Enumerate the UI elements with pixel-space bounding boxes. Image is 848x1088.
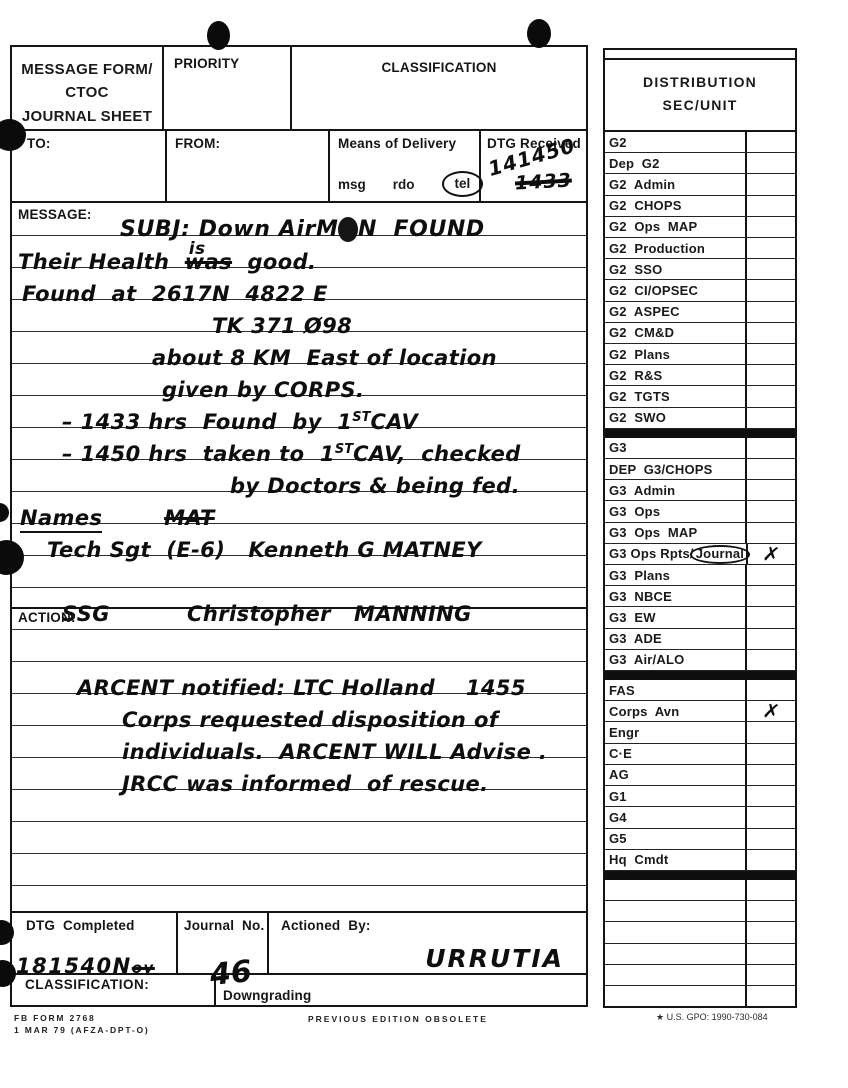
distribution-row: AG: [605, 765, 795, 786]
action-ruled-line: Corps requested disposition of: [12, 694, 586, 726]
distribution-row: G3 Ops Rpts/Journal✗: [605, 544, 795, 565]
distribution-row: [605, 901, 795, 922]
distribution-check-cell: [745, 238, 795, 258]
action-ruled-line: [12, 630, 586, 662]
means-option-tel-circled: tel: [442, 171, 484, 197]
classification-box: CLASSIFICATION: [292, 47, 586, 129]
actioned-by-signature: URRUTIA: [425, 946, 564, 971]
message-ruled-line: Tech Sgt (E-6) Kenneth G MATNEY: [12, 524, 586, 556]
distribution-row-label: G4: [605, 810, 745, 825]
journal-no-label: Journal No.: [184, 918, 264, 933]
distribution-row-label: DEP G3/CHOPS: [605, 462, 745, 477]
distribution-row: G3 EW: [605, 607, 795, 628]
distribution-check-cell: [745, 480, 795, 500]
means-of-delivery-box: Means of Delivery msg rdo tel: [330, 131, 481, 201]
distribution-rows: G2Dep G2G2 AdminG2 CHOPSG2 Ops MAPG2 Pro…: [605, 132, 795, 1006]
distribution-row-label: G2 CHOPS: [605, 198, 745, 213]
action-label-row: ACTION:: [12, 609, 586, 630]
action-ruled-line: [12, 790, 586, 822]
classification-bottom-row: CLASSIFICATION: Downgrading: [12, 975, 586, 1005]
actioned-by-label: Actioned By:: [281, 918, 371, 933]
from-box: FROM:: [167, 131, 330, 201]
distribution-row: G2 CHOPS: [605, 196, 795, 217]
distribution-row-label: G3 Ops: [605, 504, 745, 519]
distribution-row-label: FAS: [605, 683, 745, 698]
distribution-row-label: G2 SWO: [605, 410, 745, 425]
form-number-line1: FB FORM 2768: [14, 1012, 150, 1024]
distribution-divider-bar: [605, 429, 795, 438]
distribution-row: G2 TGTS: [605, 386, 795, 407]
form-number-note: FB FORM 2768 1 MAR 79 (AFZA-DPT-O): [14, 1012, 150, 1037]
distribution-row-label: G2 ASPEC: [605, 304, 745, 319]
distribution-row-label: G3 EW: [605, 610, 745, 625]
action-ruled-line: ARCENT notified: LTC Holland 1455: [12, 662, 586, 694]
distribution-check-cell: [745, 829, 795, 849]
action-ruled-line: JRCC was informed of rescue.: [12, 758, 586, 790]
priority-box: PRIORITY: [164, 47, 292, 129]
distribution-row: G3 Plans: [605, 565, 795, 586]
distribution-row-label: G3 NBCE: [605, 589, 745, 604]
distribution-check-cell: [745, 922, 795, 942]
message-ruled-line: Found at 2617N 4822 E: [12, 268, 586, 300]
distribution-row-label: G2 CM&D: [605, 325, 745, 340]
distribution-check-cell: [745, 438, 795, 458]
journal-no-box: Journal No. 46: [178, 913, 269, 973]
action-ruled-line: [12, 886, 586, 911]
distribution-row: G2 ASPEC: [605, 302, 795, 323]
distribution-row: G2 R&S: [605, 365, 795, 386]
distribution-check-cell: [745, 807, 795, 827]
action-ruled-line: [12, 854, 586, 886]
dtg-completed-handwritten: 181540Nov: [16, 956, 155, 977]
distribution-check-cell: ✗: [746, 544, 795, 564]
distribution-row: G2 Ops MAP: [605, 217, 795, 238]
distribution-row-label: G5: [605, 831, 745, 846]
means-of-delivery-label: Means of Delivery: [338, 136, 456, 151]
form-number-line2: 1 MAR 79 (AFZA-DPT-O): [14, 1024, 150, 1036]
dtg-completed-label: DTG Completed: [26, 918, 135, 933]
action-ruled-line: [12, 822, 586, 854]
distribution-row-label: G2 TGTS: [605, 389, 745, 404]
actioned-by-box: Actioned By: URRUTIA: [269, 913, 586, 973]
action-ruled-line: individuals. ARCENT WILL Advise .: [12, 726, 586, 758]
hole-punch: [207, 21, 230, 50]
distribution-row: [605, 986, 795, 1006]
distribution-check-cell: [745, 365, 795, 385]
distribution-row: G2 Admin: [605, 174, 795, 195]
distribution-row: G1: [605, 786, 795, 807]
action-ruled-lines: ARCENT notified: LTC Holland 1455Corps r…: [12, 630, 586, 911]
distribution-row: [605, 922, 795, 943]
hole-punch: [0, 503, 9, 522]
dtg-completed-box: DTG Completed 181540Nov: [12, 913, 178, 973]
means-option-msg: msg: [338, 177, 366, 192]
message-ruled-line: Names MAT: [12, 492, 586, 524]
to-box: TO:: [12, 131, 167, 201]
completion-row: DTG Completed 181540Nov Journal No. 46 A…: [12, 913, 586, 975]
distribution-check-cell: [745, 650, 795, 670]
distribution-row: G3 NBCE: [605, 586, 795, 607]
distribution-row: G2 SSO: [605, 259, 795, 280]
distribution-row-label: G2 Ops MAP: [605, 219, 745, 234]
distribution-divider-bar: [605, 671, 795, 680]
distribution-row: G3: [605, 438, 795, 459]
distribution-row-label: G2 Admin: [605, 177, 745, 192]
scanned-journal-sheet: MESSAGE FORM/ CTOC JOURNAL SHEET PRIORIT…: [0, 0, 848, 1088]
message-ruled-line: given by CORPS.: [12, 364, 586, 396]
distribution-row-label: G2 R&S: [605, 368, 745, 383]
message-ruled-line: – 1433 hrs Found by 1STCAV: [12, 396, 586, 428]
distribution-row: G3 Admin: [605, 480, 795, 501]
distribution-check-cell: [745, 986, 795, 1006]
distribution-row-label: AG: [605, 767, 745, 782]
distribution-row-label: Corps Avn: [605, 704, 745, 719]
distribution-row-label: Engr: [605, 725, 745, 740]
distribution-row: DEP G3/CHOPS: [605, 459, 795, 480]
distribution-row: C·E: [605, 744, 795, 765]
classification-bottom-label: CLASSIFICATION:: [25, 977, 149, 992]
distribution-row: G2 CI/OPSEC: [605, 280, 795, 301]
distribution-check-cell: [745, 259, 795, 279]
from-label: FROM:: [175, 136, 220, 151]
distribution-row: G2 SWO: [605, 408, 795, 429]
distribution-row-label: G3 Ops Rpts/Journal: [605, 546, 746, 562]
handwritten-check-mark: ✗: [762, 543, 782, 565]
form-title: MESSAGE FORM/ CTOC JOURNAL SHEET: [12, 47, 164, 129]
distribution-row: G3 ADE: [605, 629, 795, 650]
distribution-row-label: Dep G2: [605, 156, 745, 171]
distribution-row-label: G2 CI/OPSEC: [605, 283, 745, 298]
dtg-received-crossed-out: 1433: [515, 172, 573, 194]
distribution-check-cell: [745, 607, 795, 627]
distribution-check-cell: [745, 217, 795, 237]
distribution-row-label: G3 Plans: [605, 568, 745, 583]
distribution-check-cell: [745, 786, 795, 806]
distribution-row-label: G3 ADE: [605, 631, 745, 646]
distribution-row-label: C·E: [605, 746, 745, 761]
distribution-check-cell: [745, 722, 795, 742]
message-ruled-line: Their Health iswas good.: [12, 236, 586, 268]
distribution-row: G3 Air/ALO: [605, 650, 795, 671]
handwriting-segment: ST: [352, 410, 370, 425]
distribution-row-label: G2 Production: [605, 241, 745, 256]
distribution-row: G2 CM&D: [605, 323, 795, 344]
distribution-check-cell: [745, 901, 795, 921]
classification-label: CLASSIFICATION: [381, 60, 496, 75]
distribution-row: G2 Production: [605, 238, 795, 259]
distribution-row: [605, 880, 795, 901]
distribution-row: G4: [605, 807, 795, 828]
distribution-check-cell: [745, 280, 795, 300]
distribution-check-cell: [745, 501, 795, 521]
distribution-check-cell: [745, 765, 795, 785]
distribution-check-cell: [745, 586, 795, 606]
journal-no-handwritten: 46: [209, 957, 254, 991]
distribution-check-cell: [745, 629, 795, 649]
distribution-row: Dep G2: [605, 153, 795, 174]
distribution-check-cell: [745, 132, 795, 152]
distribution-check-cell: [745, 344, 795, 364]
distribution-row: [605, 965, 795, 986]
gpo-note: ★ U.S. GPO: 1990-730-084: [656, 1012, 768, 1023]
previous-edition-note: PREVIOUS EDITION OBSOLETE: [308, 1014, 488, 1024]
distribution-check-cell: [745, 944, 795, 964]
distribution-check-cell: [745, 196, 795, 216]
form-header-row: MESSAGE FORM/ CTOC JOURNAL SHEET PRIORIT…: [12, 47, 586, 131]
distribution-row: Corps Avn✗: [605, 701, 795, 722]
message-form: MESSAGE FORM/ CTOC JOURNAL SHEET PRIORIT…: [10, 45, 588, 1007]
message-ruled-line: by Doctors & being fed.: [12, 460, 586, 492]
distribution-check-cell: [745, 744, 795, 764]
distribution-panel: DISTRIBUTION SEC/UNIT G2Dep G2G2 AdminG2…: [603, 48, 797, 1008]
distribution-check-cell: [745, 408, 795, 428]
circled-word-annotation: Journal: [690, 545, 750, 564]
distribution-check-cell: [745, 302, 795, 322]
means-options: msg rdo tel: [338, 176, 483, 192]
distribution-divider-bar: [605, 871, 795, 880]
distribution-check-cell: [745, 174, 795, 194]
message-ruled-line: [12, 556, 586, 588]
distribution-check-cell: [745, 153, 795, 173]
distribution-row-label: G3 Admin: [605, 483, 745, 498]
distribution-row: Hq Cmdt: [605, 850, 795, 871]
distribution-row-label: G2 SSO: [605, 262, 745, 277]
hole-punch: [527, 19, 551, 48]
downgrading-box: Downgrading: [214, 975, 586, 1005]
distribution-row: G2: [605, 132, 795, 153]
action-section: ACTION: ARCENT notified: LTC Holland 145…: [12, 609, 586, 913]
distribution-row-label: G2: [605, 135, 745, 150]
message-ruled-line: about 8 KM East of location: [12, 332, 586, 364]
distribution-row: [605, 944, 795, 965]
message-label: MESSAGE:: [18, 207, 92, 222]
distribution-check-cell: [745, 565, 795, 585]
distribution-check-cell: [745, 965, 795, 985]
form-info-row: TO: FROM: Means of Delivery msg rdo tel …: [12, 131, 586, 203]
to-label: TO:: [27, 136, 51, 151]
distribution-row: Engr: [605, 722, 795, 743]
distribution-row-label: G1: [605, 789, 745, 804]
distribution-row: G2 Plans: [605, 344, 795, 365]
message-ruled-line: – 1450 hrs taken to 1STCAV, checked: [12, 428, 586, 460]
action-label: ACTION:: [18, 610, 76, 625]
distribution-check-cell: [745, 459, 795, 479]
message-ruled-lines: Their Health iswas good.Found at 2617N 4…: [12, 236, 586, 619]
message-label-row: MESSAGE: SUBJ: Down AirMeN FOUND: [12, 203, 586, 236]
distribution-check-cell: [745, 523, 795, 543]
distribution-row-label: G3: [605, 440, 745, 455]
distribution-row: G3 Ops: [605, 501, 795, 522]
distribution-check-cell: [745, 386, 795, 406]
handwriting-segment: ST: [335, 442, 353, 457]
dtg-received-box: DTG Received 141450 1433: [481, 131, 586, 201]
handwritten-check-mark: ✗: [761, 700, 781, 722]
distribution-row-label: G3 Ops MAP: [605, 525, 745, 540]
distribution-check-cell: [745, 880, 795, 900]
distribution-row-label: G2 Plans: [605, 347, 745, 362]
distribution-top-strip: [605, 50, 795, 60]
distribution-check-cell: [745, 850, 795, 870]
message-section: MESSAGE: SUBJ: Down AirMeN FOUND Their H…: [12, 203, 586, 609]
priority-label: PRIORITY: [174, 56, 239, 71]
distribution-check-cell: [745, 680, 795, 700]
distribution-row-label: G3 Air/ALO: [605, 652, 745, 667]
distribution-row: G5: [605, 829, 795, 850]
distribution-check-cell: ✗: [745, 701, 795, 721]
message-ruled-line: TK 371 Ø98: [12, 300, 586, 332]
distribution-header: DISTRIBUTION SEC/UNIT: [605, 60, 795, 132]
distribution-check-cell: [745, 323, 795, 343]
means-option-rdo: rdo: [393, 177, 415, 192]
distribution-row-label: Hq Cmdt: [605, 852, 745, 867]
